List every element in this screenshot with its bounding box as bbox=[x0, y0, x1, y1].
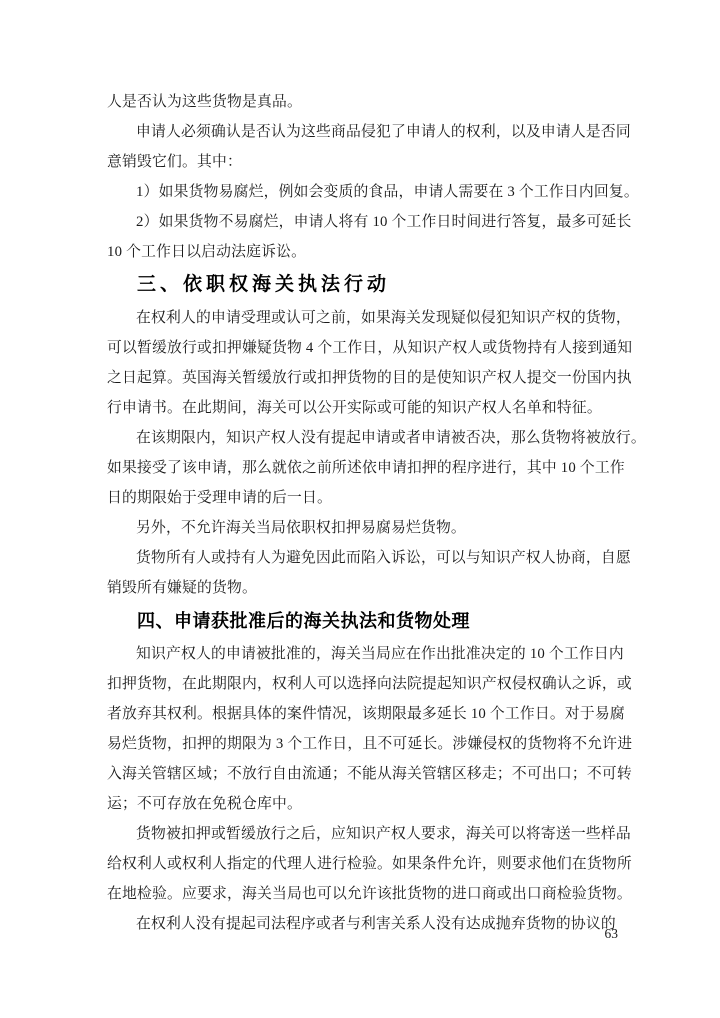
body-paragraph: 在该期限内，知识产权人没有提起申请或者申请被否决，那么货物将被放行。 如果接受了… bbox=[107, 423, 634, 513]
document-page: 人是否认为这些货物是真品。 申请人必须确认是否认为这些商品侵犯了申请人的权利，以… bbox=[0, 0, 720, 1018]
numbered-list-item-2: 2）如果货物不易腐烂，申请人将有 10 个工作日时间进行答复，最多可延长 10 … bbox=[107, 207, 634, 267]
body-paragraph: 知识产权人的申请被批准的，海关当局应在作出批准决定的 10 个工作日内 扣押货物… bbox=[107, 639, 634, 819]
body-paragraph: 货物被扣押或暂缓放行之后，应知识产权人要求，海关可以将寄送一些样品 给权利人或权… bbox=[107, 819, 634, 909]
page-content: 人是否认为这些货物是真品。 申请人必须确认是否认为这些商品侵犯了申请人的权利，以… bbox=[107, 87, 634, 939]
body-paragraph: 另外，不允许海关当局依职权扣押易腐易烂货物。 bbox=[107, 513, 634, 543]
body-paragraph: 货物所有人或持有人为避免因此而陷入诉讼，可以与知识产权人协商，自愿 销毁所有嫌疑… bbox=[107, 543, 634, 603]
section-heading-4: 四、申请获批准后的海关执法和货物处理 bbox=[107, 603, 634, 639]
section-heading-3: 三、依职权海关执法行动 bbox=[107, 267, 634, 303]
body-paragraph: 在权利人的申请受理或认可之前，如果海关发现疑似侵犯知识产权的货物， 可以暂缓放行… bbox=[107, 303, 634, 423]
body-paragraph-continuation: 人是否认为这些货物是真品。 bbox=[107, 87, 634, 117]
numbered-list-item-1: 1）如果货物易腐烂，例如会变质的食品，申请人需要在 3 个工作日内回复。 bbox=[107, 177, 634, 207]
page-number: 63 bbox=[107, 924, 634, 944]
body-paragraph: 申请人必须确认是否认为这些商品侵犯了申请人的权利，以及申请人是否同 意销毁它们。… bbox=[107, 117, 634, 177]
